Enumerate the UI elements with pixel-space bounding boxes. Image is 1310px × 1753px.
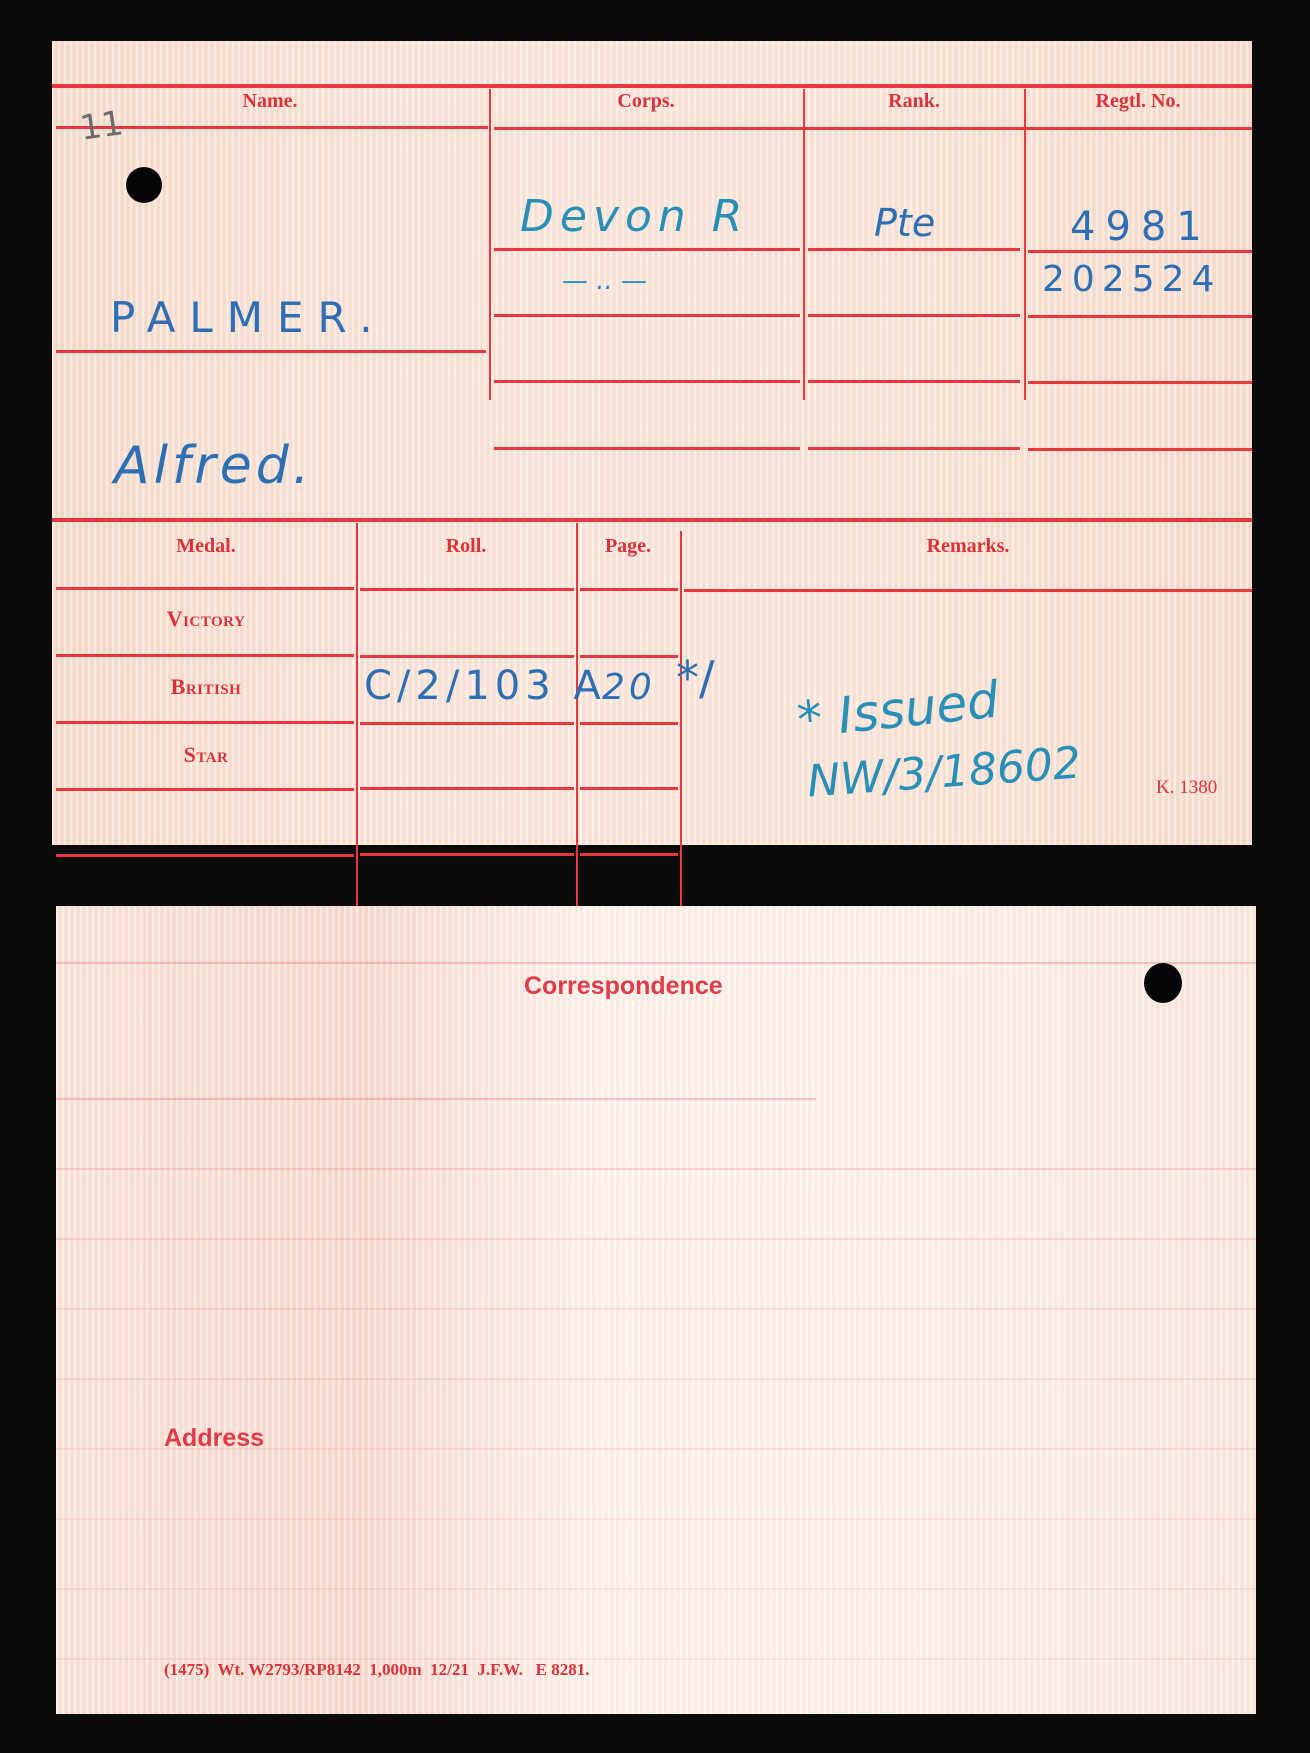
medal-index-card-back: Correspondence Address (1475) Wt. W2793/… xyxy=(56,906,1256,1714)
rule xyxy=(56,1098,816,1100)
medal-row-victory: Victory xyxy=(167,606,246,632)
medal-row-star: Star xyxy=(184,742,229,768)
rule xyxy=(494,314,800,317)
rule xyxy=(684,589,1252,592)
rule xyxy=(494,380,800,383)
corps-ditto-entry: — .. — xyxy=(562,266,647,296)
page-entry-british: 20 xyxy=(602,667,656,708)
rule xyxy=(580,655,678,658)
pencil-mark: 11 xyxy=(77,103,125,149)
page-header: Page. xyxy=(605,535,651,558)
roll-header: Roll. xyxy=(446,535,487,558)
surname-entry: PALMER. xyxy=(110,293,387,342)
correspondence-label: Correspondence xyxy=(524,972,723,1001)
rule xyxy=(808,447,1020,450)
printer-imprint: (1475) Wt. W2793/RP8142 1,000m 12/21 J.F… xyxy=(164,1660,590,1680)
address-label: Address xyxy=(164,1424,264,1453)
rule xyxy=(808,248,1020,251)
rule xyxy=(56,587,354,590)
forename-entry: Alfred. xyxy=(114,436,313,496)
rule xyxy=(580,588,678,591)
punch-hole xyxy=(126,167,162,203)
rule xyxy=(360,787,574,790)
corps-header: Corps. xyxy=(617,90,674,113)
rule xyxy=(1028,448,1252,451)
remarks-header: Remarks. xyxy=(927,535,1010,558)
regtl-no-header: Regtl. No. xyxy=(1096,90,1181,113)
rule xyxy=(494,248,800,251)
rule xyxy=(56,788,354,791)
issued-note-line1: * Issued xyxy=(795,671,1002,750)
medal-row-british: British xyxy=(171,674,242,700)
rule xyxy=(56,721,354,724)
rule xyxy=(360,853,574,856)
regtl-number-1: 4981 xyxy=(1070,204,1212,250)
rule xyxy=(580,853,678,856)
rule xyxy=(1024,89,1026,400)
rule xyxy=(56,1168,1256,1170)
rule xyxy=(52,84,1252,88)
rule xyxy=(360,655,574,658)
rule xyxy=(56,1518,1256,1520)
roll-entry-british: C/2/103 A xyxy=(364,663,606,709)
rule xyxy=(580,722,678,725)
issued-note-line2: NW/3/18602 xyxy=(806,738,1083,808)
rule xyxy=(808,380,1020,383)
punch-hole xyxy=(1144,963,1182,1003)
medal-header: Medal. xyxy=(176,535,235,558)
rule xyxy=(56,350,486,353)
rule xyxy=(56,1238,1256,1240)
corps-entry: Devon R xyxy=(520,191,748,242)
rule xyxy=(56,1588,1256,1590)
rule xyxy=(56,1308,1256,1310)
rule xyxy=(1028,250,1252,253)
regtl-number-2: 202524 xyxy=(1042,259,1221,300)
rule xyxy=(803,89,805,400)
rule xyxy=(808,314,1020,317)
remark-mark: */ xyxy=(676,651,715,705)
rule xyxy=(489,89,491,400)
rule xyxy=(360,722,574,725)
name-header: Name. xyxy=(243,90,298,113)
form-number: K. 1380 xyxy=(1156,777,1217,799)
rule xyxy=(56,654,354,657)
rule xyxy=(52,518,1252,522)
rule xyxy=(1028,315,1252,318)
rule xyxy=(56,962,1256,964)
rule xyxy=(56,854,354,857)
rule xyxy=(1028,381,1252,384)
rule xyxy=(580,787,678,790)
rule xyxy=(56,1378,1256,1380)
rule xyxy=(360,588,574,591)
medal-index-card-front: 11 Name. Corps. Rank. Regtl. No. PALMER.… xyxy=(52,41,1252,845)
rule xyxy=(494,127,1252,130)
rank-entry: Pte xyxy=(874,201,935,245)
rank-header: Rank. xyxy=(888,90,940,113)
rule xyxy=(494,447,800,450)
